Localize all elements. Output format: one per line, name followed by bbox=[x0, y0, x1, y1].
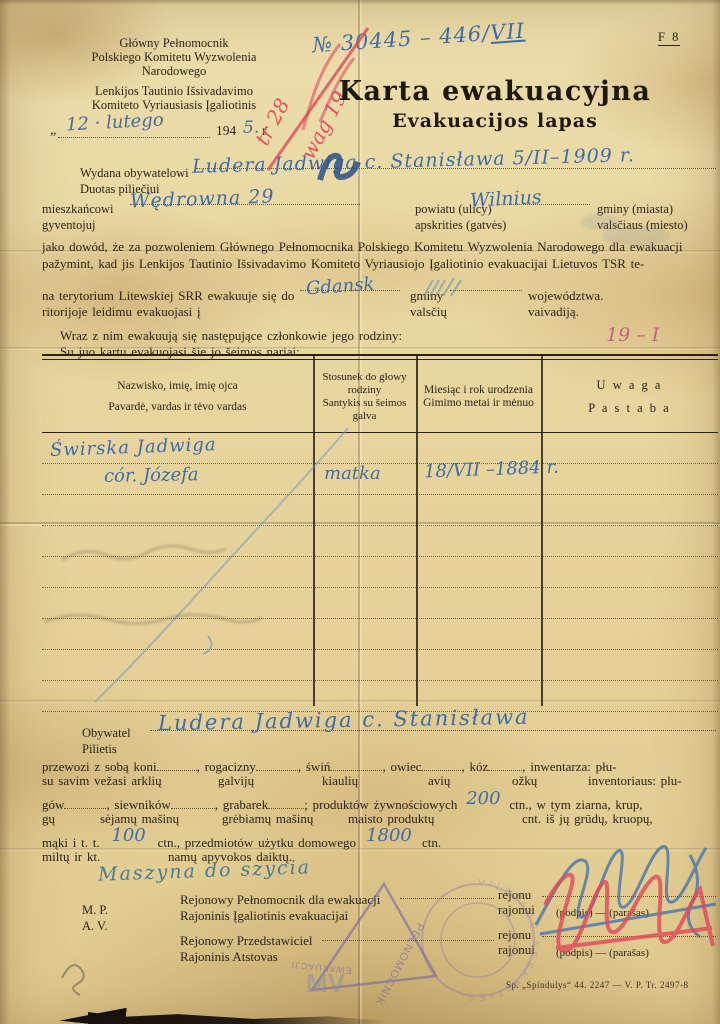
col-header-relation-pl: Stosunek do głowy rodziny bbox=[315, 371, 414, 397]
hw-destination: Gdansk bbox=[305, 274, 375, 300]
hw-sewing-machine-note: Maszyna do szycia bbox=[98, 856, 312, 885]
transport-line2-lt-5: cnt. iš jų grūdų, kruopų, bbox=[522, 811, 653, 827]
blank-sheep bbox=[421, 758, 461, 771]
blank-goats bbox=[488, 758, 522, 771]
seal-label-mp: M. P. bbox=[82, 903, 108, 917]
citizen-label-pl: Obywatel bbox=[82, 726, 131, 740]
official1-label-pl: Rejonowy Pełnomocnik dla ewakuacji bbox=[180, 893, 380, 907]
official1-label-lt: Rajoninis Įgaliotinis evakuacijai bbox=[180, 909, 348, 923]
label-goats: , kóz bbox=[461, 759, 488, 775]
blank-horses bbox=[157, 758, 197, 771]
hw-card-number: № 30445 – 446/VII bbox=[311, 19, 525, 58]
hw-member-name2: cór. Józefa bbox=[104, 464, 199, 487]
table-rule-line bbox=[42, 650, 718, 681]
table-rule-line bbox=[42, 557, 718, 588]
official2-label-pl: Rejonowy Przedstawiciel bbox=[180, 934, 313, 948]
table-rule-line bbox=[42, 588, 718, 619]
hw-card-number-main: № 30445 – 446/ bbox=[311, 21, 491, 57]
table-column-divider bbox=[541, 356, 543, 706]
transport-line1-lt-6: inventoriaus: plu- bbox=[588, 773, 682, 789]
transport-line1-lt-4: avių bbox=[428, 773, 450, 789]
col-header-relation-lt: Santykis su šeimos galva bbox=[315, 397, 414, 423]
col-header-birth-pl: Miesiąc i rok urodzenia bbox=[424, 384, 533, 397]
resident-label-lt: gyventojuj bbox=[42, 218, 95, 232]
hw-district: Wilnius bbox=[469, 186, 542, 212]
table-header-row: Nazwisko, imię, imię ojca Pavardė, varda… bbox=[42, 361, 718, 433]
table-column-divider bbox=[313, 356, 315, 706]
triangle-stamp-text-2: EWAKUACJI bbox=[290, 960, 352, 976]
podpis2-label: (podpis) — (parašas) bbox=[556, 946, 649, 960]
date-blank bbox=[58, 137, 210, 138]
proof-line-pl: jako dowód, że za pozwoleniem Głównego P… bbox=[42, 239, 718, 255]
blank-plows bbox=[64, 796, 106, 809]
podpis1-label: (podpis) — (parašas) bbox=[556, 906, 649, 920]
resident-label-pl: mieszkańcowi bbox=[42, 202, 114, 216]
date-quote: „ bbox=[50, 124, 56, 138]
seal-label-av: A. V. bbox=[82, 919, 108, 933]
rejonu1-label-lt: rajonui bbox=[498, 903, 535, 917]
rejonu2-label-lt: rajonui bbox=[498, 943, 535, 957]
pencil-mark bbox=[62, 965, 84, 995]
transport-line1-lt-1: su savim vežasi arklių bbox=[42, 773, 162, 789]
blank-seeders bbox=[171, 796, 215, 809]
transport-line3-pl: mąki i t. t.100ctn., przedmiotów użytku … bbox=[42, 834, 718, 851]
transport-line3-lt-1: miltų ir kt. bbox=[42, 849, 100, 865]
table-rule-line bbox=[42, 526, 718, 557]
hw-card-number-sub: VII bbox=[489, 19, 525, 45]
transport-line1-lt-5: ožkų bbox=[512, 773, 537, 789]
col-header-remarks: U w a g a P a s t a b a bbox=[541, 361, 718, 432]
table-rule-line bbox=[42, 619, 718, 650]
col-header-name: Nazwisko, imię, imię ojca Pavardė, varda… bbox=[42, 361, 313, 432]
scan-edge-left bbox=[0, 0, 10, 1024]
issuer-line-pl-3: Narodowego bbox=[48, 64, 300, 78]
blank-pigs bbox=[330, 758, 382, 771]
table-rule-line bbox=[42, 495, 718, 526]
territory-label-lt: ritorijoje leidimu evakuojasi į bbox=[42, 304, 201, 320]
form-code: F 8 bbox=[658, 30, 680, 46]
rejonu2-label-pl: rejonu bbox=[498, 928, 531, 942]
label-household-units: ctn. bbox=[422, 835, 441, 851]
voivodeship-label-lt: vaivadiją. bbox=[528, 304, 579, 320]
table-column-divider bbox=[416, 356, 418, 706]
scan-edge-right bbox=[712, 0, 720, 1024]
printed-year: 194 bbox=[216, 124, 236, 138]
family-members-table: Nazwisko, imię, imię ojca Pavardė, varda… bbox=[42, 354, 718, 706]
hw-family-count: 19 – I bbox=[606, 324, 659, 346]
col-header-name-lt: Pavardė, vardas ir tėvo vardas bbox=[108, 401, 246, 414]
transport-line1-lt-3: kiaulių bbox=[322, 773, 358, 789]
rejonu1-label-pl: rejonu bbox=[498, 888, 531, 902]
voivodeship-label-pl: województwa. bbox=[528, 288, 603, 304]
scan-edge-top bbox=[0, 0, 720, 5]
issued-label-pl: Wydana obywatelowi bbox=[80, 166, 189, 180]
evacuation-card-scan: Główny Pełnomocnik Polskiego Komitetu Wy… bbox=[0, 0, 720, 1024]
transport-line1-lt-2: galvijų bbox=[218, 773, 254, 789]
family-label-pl: Wraz z nim ewakuują się następujące czło… bbox=[60, 328, 402, 344]
hw-food-qty: 200 bbox=[457, 791, 509, 807]
transport-line2-lt-3: grėbiamų mašinų bbox=[222, 811, 313, 827]
official2-blank bbox=[322, 940, 494, 941]
signature2-blank bbox=[542, 936, 716, 937]
label-sheep: , owiec bbox=[382, 759, 421, 775]
col-header-relation: Stosunek do głowy rodziny Santykis su še… bbox=[313, 361, 416, 432]
blank-rakes bbox=[268, 796, 304, 809]
signature1-blank bbox=[542, 896, 716, 897]
hw-flour-qty: 100 bbox=[100, 828, 158, 844]
issuer-line-pl-2: Polskiego Komitetu Wyzwolenia bbox=[48, 50, 300, 64]
page-title: Karta ewakuacyjna bbox=[330, 76, 660, 107]
col-header-remarks-pl: U w a g a bbox=[597, 379, 663, 392]
district-label-lt: apskrities (gatvės) bbox=[415, 218, 506, 232]
transport-line2-lt-1: gų bbox=[42, 811, 55, 827]
city-label-pl: gminy (miasta) bbox=[597, 202, 673, 216]
col-header-remarks-lt: P a s t a b a bbox=[588, 402, 670, 415]
hw-date: 12 · lutego bbox=[66, 109, 165, 135]
blank-cattle bbox=[256, 758, 298, 771]
table-body: Świrska Jadwiga cór. Józefa matka 18/VII… bbox=[42, 433, 718, 706]
hw-member-relation: matka bbox=[324, 463, 381, 484]
archive-watermark: MV bbox=[306, 968, 346, 998]
hw-issued-to: Ludera Jadwiga c. Stanisława 5/II–1909 r… bbox=[192, 144, 635, 178]
issuer-line-lt-2: Komiteto Vyriausiasis Įgaliotinis bbox=[48, 98, 300, 112]
official2-label-lt: Rajoninis Atstovas bbox=[180, 950, 278, 964]
blue-signature bbox=[536, 847, 716, 937]
col-header-birth-lt: Gimimo metai ir mėnuo bbox=[423, 397, 534, 410]
printer-imprint: Sp. „Spindulys“ 44. 2247 — V. P. Tr. 249… bbox=[506, 980, 688, 990]
territory-label-pl: na terytorium Litewskiej SRR ewakuuje si… bbox=[42, 288, 294, 304]
official1-blank bbox=[400, 898, 494, 899]
col-header-birth: Miesiąc i rok urodzenia Gimimo metai ir … bbox=[416, 361, 541, 432]
issuer-line-pl-1: Główny Pełnomocnik bbox=[48, 36, 300, 50]
hw-household-qty: 1800 bbox=[356, 828, 422, 844]
gmina-label-lt: valsčių bbox=[410, 304, 447, 320]
gmina-blank bbox=[450, 290, 522, 291]
scan-edge-bottom bbox=[88, 1008, 388, 1024]
hw-address: Wędrowna 29 bbox=[130, 185, 275, 212]
issuer-line-lt-1: Lenkijos Tautinio Išsivadavimo bbox=[48, 84, 300, 98]
proof-line-lt: pažymint, kad jis Lenkijos Tautinio Išsi… bbox=[42, 256, 718, 272]
issuer-header: Główny Pełnomocnik Polskiego Komitetu Wy… bbox=[48, 36, 300, 112]
gmina-label-pl: gminy bbox=[410, 288, 443, 304]
city-label-lt: valsčiaus (miesto) bbox=[597, 218, 688, 232]
triangle-stamp-text-1: PEŁNOMOCNIK bbox=[372, 921, 426, 1008]
page-subtitle: Evakuacijos lapas bbox=[330, 110, 660, 132]
citizen-label-lt: Pilietis bbox=[82, 742, 117, 756]
col-header-name-pl: Nazwisko, imię, imię ojca bbox=[117, 380, 237, 393]
